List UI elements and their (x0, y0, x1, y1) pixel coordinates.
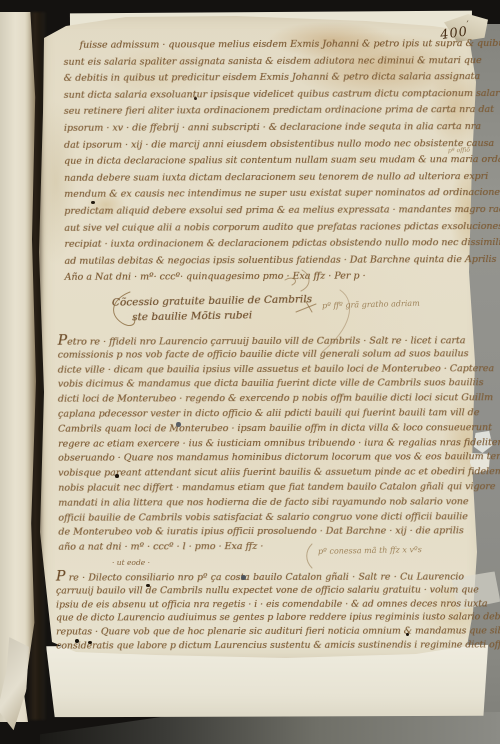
manuscript-line: P re · Dilecto consiliario nro pº ça cos… (56, 569, 464, 584)
manuscript-line: ad mutilas debitas & negocias ipsis solu… (64, 252, 464, 270)
manuscript-line: dat ipsorum · xij · die marcij anni eius… (64, 136, 464, 154)
ink-blot (75, 639, 79, 643)
manuscript-line: Cambrils quam loci de Monterubeo · ipsam… (58, 421, 462, 437)
manuscript-line: dicte ville · dicam que bauilia ipsius v… (58, 362, 462, 378)
manuscript-line: reputas · Quare vob que de hoc plenarie … (56, 625, 464, 640)
manuscript-line: regere ac etiam exercere · ius & iustici… (58, 436, 462, 452)
ink-blot (91, 201, 95, 204)
manuscript-line: dicti loci de Monterubeo · regendo & exe… (58, 391, 462, 407)
margin-note-officio: pª offiõ (448, 147, 470, 155)
section-heading: Cõcessio gratuite bauilie de Cambrils st… (112, 292, 313, 325)
manuscript-line: Petro re · ffideli nro Laurencio çarruui… (58, 332, 462, 348)
registration-note: pº conessa mã th ffz x vºs (318, 545, 422, 556)
manuscript-line: mandati in alia littera que nos hodierna… (58, 495, 462, 511)
ink-blot (115, 474, 119, 478)
manuscript-line: aut sive vel cuique alii a nobis corporu… (64, 219, 464, 237)
manuscript-line: nobis placuit nec differt · mandamus eti… (58, 480, 462, 496)
gutter-shadow (27, 12, 47, 720)
ink-blot (146, 584, 150, 587)
manuscript-line: predictam aliquid debere exsolui sed pri… (64, 202, 464, 220)
manuscript-photo: { "palette":{ "background_black":"#14121… (0, 0, 500, 744)
manuscript-line: que in dicta declaracione spalius sit co… (64, 152, 464, 170)
manuscript-line: nanda debere suam iuxta dictam declaraci… (64, 169, 464, 187)
ink-blot (194, 97, 197, 100)
manuscript-line: recipiat · iuxta ordinacionem & declarac… (64, 235, 464, 253)
manuscript-line: sunt eis salaria spaliter assignata sani… (64, 53, 464, 71)
manuscript-line: comissionis p nos vob facte de officio b… (58, 347, 462, 363)
manuscript-line: ipsorum · xv · die ffebrij · anni subscr… (64, 119, 464, 137)
manuscript-line: fuisse admissum · quousque melius eisdem… (63, 36, 463, 54)
ink-blot (176, 422, 181, 427)
manuscript-line: ipsiu de eis absenu ut officia nra reget… (56, 597, 464, 612)
text-block-3: P re · Dilecto consiliario nro pº ça cos… (56, 569, 464, 653)
manuscript-line: Año a Nat dni · mº· cccº· quinquagesimo … (64, 268, 464, 286)
manuscript-line: vobisque pareant attendant sicut aliis f… (58, 465, 462, 481)
manuscript-line: consideratis que labore p dictum Laurenc… (56, 638, 464, 653)
manuscript-line: & debitis in quibus ut predicitur eisdem… (64, 69, 464, 87)
manuscript-line: seu retinere fieri aliter iuxta ordinaci… (64, 103, 464, 121)
manuscript-line: que de dicto Laurencio audiuimus se gent… (56, 611, 464, 626)
manuscript-line: çarruuij bauilo vill de Cambrils nullu e… (56, 583, 464, 598)
ink-blot (406, 633, 409, 636)
ink-blot (88, 641, 92, 644)
manuscript-line: officii bauilie de Cambrils vobis satisf… (58, 510, 462, 526)
manuscript-line: vobis dicimus & mandamus que dicta bauil… (58, 377, 462, 393)
manuscript-line: mendum & ex causis nec intendimus ne sup… (64, 185, 464, 203)
text-block-1: fuisse admissum · quousque melius eisdem… (63, 36, 464, 287)
ink-blot (241, 575, 246, 580)
manuscript-line: çaplana pdecessor vester in dicto offici… (58, 406, 462, 422)
manuscript-line: obseruando · Quare nos mandamus hominibu… (58, 451, 462, 467)
text-block-2: Petro re · ffideli nro Laurencio çarruui… (58, 332, 463, 555)
manuscript-line: de Monterubeo vob & iuratis ipius offici… (58, 525, 462, 541)
section-label: · ut eode · (112, 558, 150, 567)
manuscript-line: sunt dicta salaria exsoluantur ipsisque … (64, 86, 464, 104)
